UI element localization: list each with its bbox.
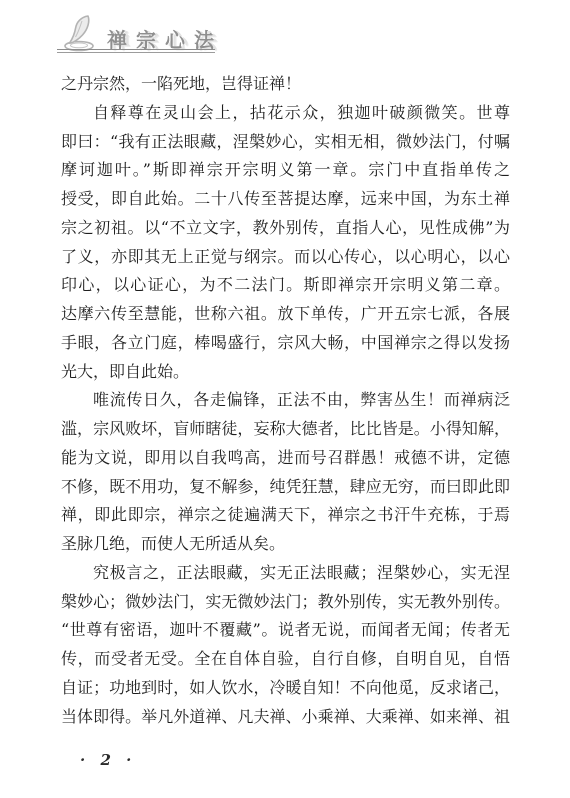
text-line: 光大，即自此始。	[61, 358, 510, 387]
text-line: 槃妙心；微妙法门，实无微妙法门；教外别传，实无教外别传。	[61, 588, 510, 617]
text-line: 究极言之，正法眼藏，实无正法眼藏；涅槃妙心，实无涅	[61, 559, 510, 588]
book-page: 禅宗心法 之丹宗然，一陷死地，岂得证禅！ 自释尊在灵山会上，拈花示众，独迦叶破颜…	[0, 0, 570, 798]
header-rule	[57, 49, 215, 53]
text-line: 印心，以心证心，为不二法门。斯即禅宗开宗明义第二章。	[61, 271, 510, 300]
text-line: 宗之初祖。以“不立文字，教外别传，直指人心，见性成佛”为	[61, 214, 510, 243]
text-line: 了义，亦即其无上正觉与纲宗。而以心传心，以心明心，以心	[61, 243, 510, 272]
text-line: 禅，即此即宗，禅宗之徒遍满天下，禅宗之书汗牛充栋，于焉	[61, 501, 510, 530]
text-line: 之丹宗然，一陷死地，岂得证禅！	[61, 70, 510, 99]
page-body: 之丹宗然，一陷死地，岂得证禅！ 自释尊在灵山会上，拈花示众，独迦叶破颜微笑。世尊…	[61, 70, 510, 731]
text-line: 传，而受者无受。全在自体自验，自行自修，自明自见，自悟	[61, 645, 510, 674]
text-line: 能为文说，即用以自我鸣高，进而号召群愚！戒德不讲，定德	[61, 444, 510, 473]
text-line: 唯流传日久，各走偏锋，正法不由，弊害丛生！而禅病泛	[61, 386, 510, 415]
meditating-figure-logo-icon	[60, 13, 100, 53]
text-line: 授受，即自此始。二十八传至菩提达摩，远来中国，为东土禅	[61, 185, 510, 214]
page-number: · 2 ·	[80, 751, 136, 769]
text-line: 达摩六传至慧能，世称六祖。放下单传，广开五宗七派，各展	[61, 300, 510, 329]
text-line: 摩诃迦叶。”斯即禅宗开宗明义第一章。宗门中直指单传之	[61, 156, 510, 185]
text-line: 自证；功地到时，如人饮水，冷暖自知！不向他觅，反求诸己，	[61, 674, 510, 703]
text-line: “世尊有密语，迦叶不覆藏”。说者无说，而闻者无闻；传者无	[61, 616, 510, 645]
text-line: 手眼，各立门庭，棒喝盛行，宗风大畅，中国禅宗之得以发扬	[61, 329, 510, 358]
text-line: 即曰：“我有正法眼藏，涅槃妙心，实相无相，微妙法门，付嘱	[61, 128, 510, 157]
text-line: 自释尊在灵山会上，拈花示众，独迦叶破颜微笑。世尊	[61, 99, 510, 128]
text-line: 不修，既不用功，复不解参，纯凭狂慧，肆应无穷，而曰即此即	[61, 473, 510, 502]
text-line: 滥，宗风败坏，盲师瞎徒，妄称大德者，比比皆是。小得知解，	[61, 415, 510, 444]
text-line: 圣脉几绝，而使人无所适从矣。	[61, 530, 510, 559]
text-line: 当体即得。举凡外道禅、凡夫禅、小乘禅、大乘禅、如来禅、祖	[61, 703, 510, 732]
